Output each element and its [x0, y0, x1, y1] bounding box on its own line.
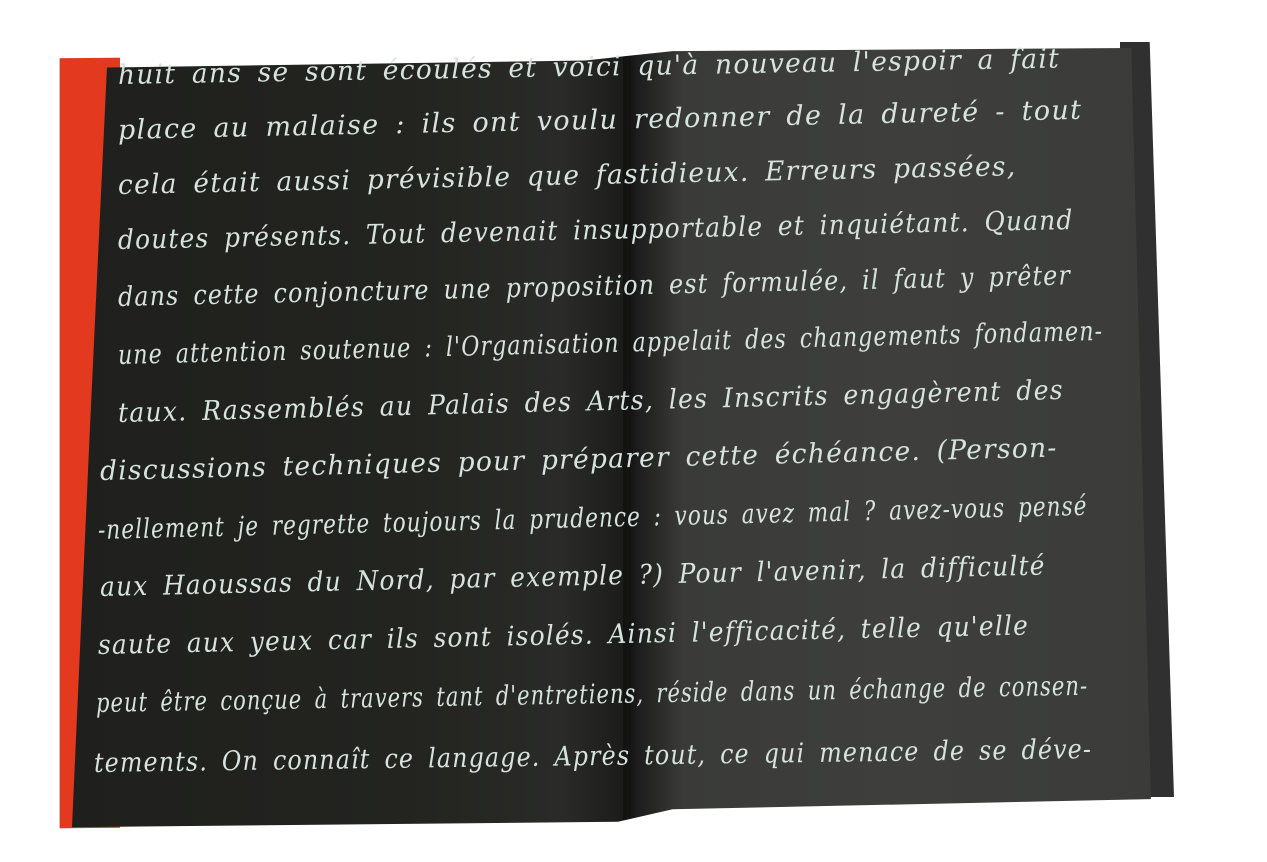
notebook-photo: huit ans se sont écoulés et voici qu'à n…: [0, 0, 1267, 862]
